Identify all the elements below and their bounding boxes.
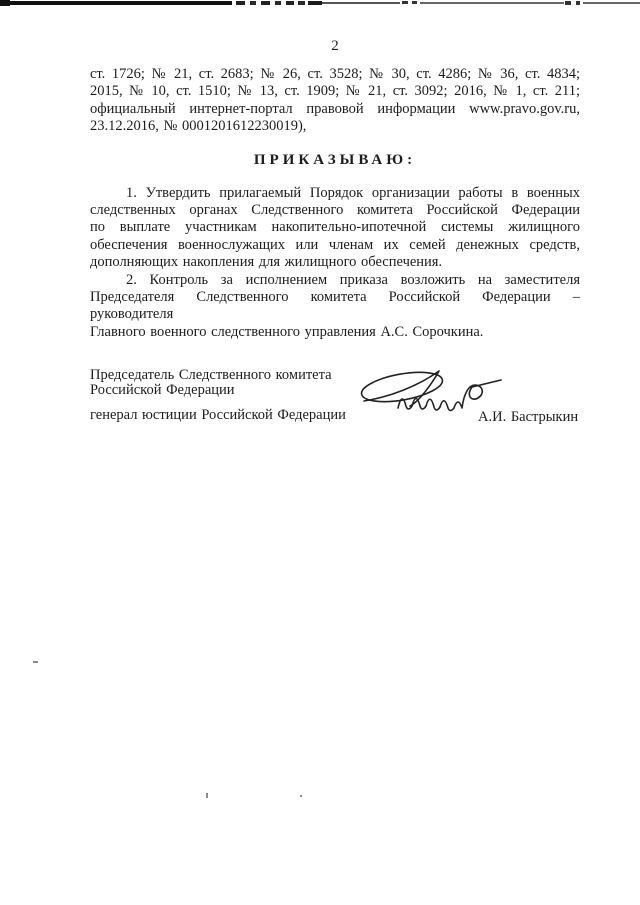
signature-block: Председатель Следственного комитета Росс… xyxy=(90,368,580,458)
order-item-1-line: следственных органах Следственного комит… xyxy=(90,202,580,219)
order-item-2-line: 2. Контроль за исполнением приказа возло… xyxy=(90,272,580,289)
order-item-1-line: дополняющих накопления для жилищного обе… xyxy=(90,254,580,271)
document-body: ст. 1726; № 21, ст. 2683; № 26, ст. 3528… xyxy=(90,66,580,458)
order-item-2: 2. Контроль за исполнением приказа возло… xyxy=(90,272,580,342)
scan-speck xyxy=(206,793,208,798)
signatory-name: А.И. Бастрыкин xyxy=(478,409,578,426)
citation-line: официальный интернет-портал правовой инф… xyxy=(90,101,580,118)
document-page: 2 ст. 1726; № 21, ст. 2683; № 26, ст. 35… xyxy=(0,0,640,905)
order-item-1-line: обеспечения военнослужащих или членам их… xyxy=(90,237,580,254)
page-number: 2 xyxy=(90,38,580,55)
order-heading: ПРИКАЗЫВАЮ: xyxy=(90,151,580,169)
order-item-1-line: 1. Утвердить прилагаемый Порядок организ… xyxy=(90,185,580,202)
scan-artifact-top-band xyxy=(0,0,640,8)
order-item-2-line: Председателя Следственного комитета Росс… xyxy=(90,289,580,324)
citation-line: 2015, № 10, ст. 1510; № 13, ст. 1909; № … xyxy=(90,83,580,100)
scan-speck xyxy=(33,661,38,663)
order-item-1-line: по выплате участникам накопительно-ипоте… xyxy=(90,219,580,236)
scan-speck xyxy=(300,795,302,797)
citation-line: ст. 1726; № 21, ст. 2683; № 26, ст. 3528… xyxy=(90,66,580,83)
paragraph-legal-citations: ст. 1726; № 21, ст. 2683; № 26, ст. 3528… xyxy=(90,66,580,136)
citation-line: 23.12.2016, № 0001201612230019), xyxy=(90,118,580,135)
order-item-2-line: Главного военного следственного управлен… xyxy=(90,324,580,341)
order-item-1: 1. Утвердить прилагаемый Порядок организ… xyxy=(90,185,580,272)
